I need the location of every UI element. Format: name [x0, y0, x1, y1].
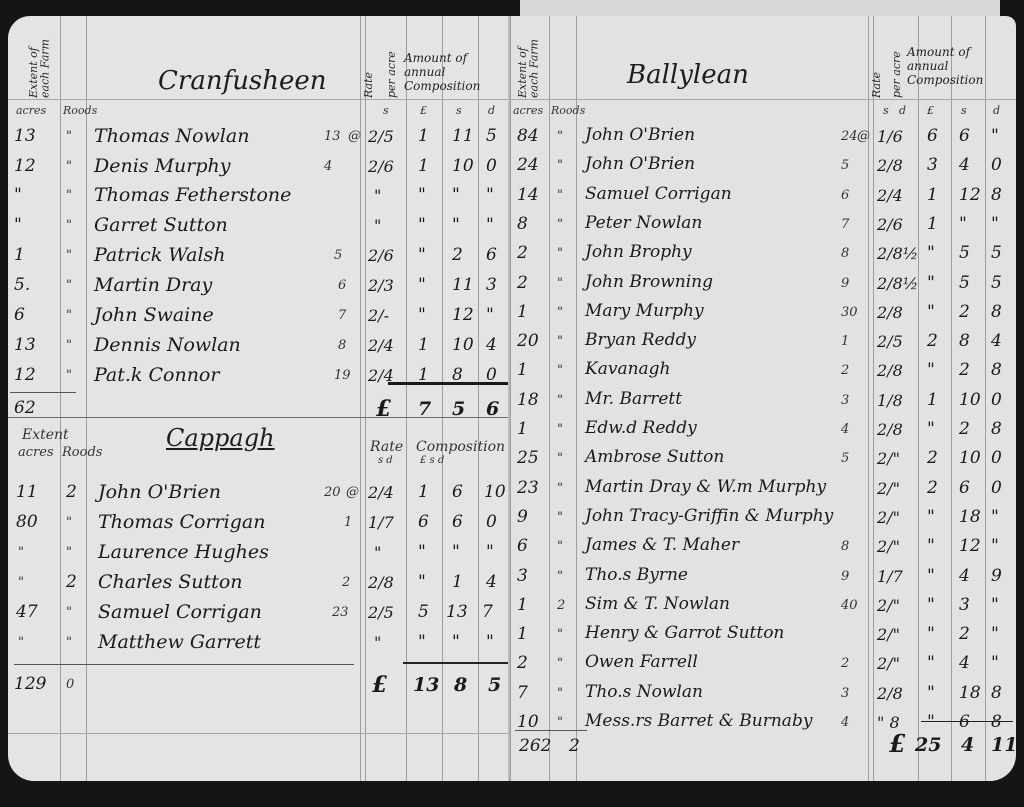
table-row: 25"Ambrose Sutton52/"2100 — [511, 446, 1016, 472]
roods-cell: " — [557, 452, 563, 465]
roods-cell: " — [557, 189, 563, 202]
townland-title: Cranfusheen — [158, 66, 327, 96]
rate-cell: 2/5 — [368, 605, 394, 621]
tenant-name: Peter Nowlan — [585, 215, 702, 232]
pounds-cell: " — [927, 655, 935, 672]
pence-cell: 0 — [991, 480, 1002, 497]
total-pounds: 7 — [418, 400, 431, 419]
ref-number: 2 — [342, 576, 350, 589]
roods-cell: " — [66, 279, 72, 292]
rate-cell: 2/6 — [877, 217, 903, 233]
rate-cell: 2/8 — [877, 422, 903, 438]
ref-number: 7 — [338, 309, 346, 322]
roods-cell: " — [557, 482, 563, 495]
rate-cell: 2/6 — [368, 159, 394, 175]
shillings-cell: " — [959, 216, 967, 233]
bottom-rule — [8, 733, 511, 734]
shillings-cell: 10 — [452, 337, 474, 354]
pence-cell: 5 — [991, 245, 1002, 262]
pence-cell: 8 — [991, 421, 1002, 438]
tenant-name: Owen Farrell — [585, 654, 698, 671]
acres-cell: 84 — [517, 128, 539, 145]
table-row: 1"Edw.d Reddy42/8"28 — [511, 417, 1016, 443]
pounds-cell: 6 — [418, 514, 429, 531]
table-row: 12Sim & T. Nowlan402/""3" — [511, 593, 1016, 619]
unit-d: d — [899, 104, 906, 117]
roods-cell: " — [66, 249, 72, 262]
rate-cell: 2/" — [877, 539, 900, 555]
acres-cell: " — [18, 636, 24, 649]
shillings-cell: 8 — [959, 333, 970, 350]
extent-header: Extent — [22, 428, 69, 442]
roods-cell: " — [557, 628, 563, 641]
ref-number: 3 — [841, 687, 849, 700]
unit-s: s — [456, 104, 462, 117]
table-row: 10"Mess.rs Barret & Burnaby4" 8"68 — [511, 710, 1016, 736]
shillings-cell: 2 — [959, 304, 970, 321]
rate-cell: 2/8 — [877, 158, 903, 174]
pounds-cell: 1 — [418, 337, 429, 354]
pounds-cell: 2 — [927, 333, 938, 350]
rate-header: Rate — [370, 440, 403, 454]
acres-cell: 20 — [517, 333, 539, 350]
rate-cell: 2/" — [877, 481, 900, 497]
tenant-name: Dennis Nowlan — [94, 336, 241, 355]
pence-cell: 0 — [991, 157, 1002, 174]
ref-number: 4 — [841, 716, 849, 729]
rate-cell: 2/8 — [877, 686, 903, 702]
table-row: 13 " Thomas Nowlan 13 @ 2/5 1 11 5 — [8, 124, 511, 150]
total-rule — [921, 721, 1013, 722]
roods-cell: " — [557, 159, 563, 172]
unit-pound: £ — [927, 104, 934, 117]
table-row: 1"Mary Murphy302/8"28 — [511, 300, 1016, 326]
ref-number: 13 — [324, 130, 341, 143]
pence-cell: 0 — [486, 158, 497, 175]
acres-cell: 7 — [517, 685, 528, 702]
tenant-name: John O'Brien — [585, 127, 695, 144]
shillings-cell: 1 — [452, 574, 463, 591]
table-row: 2"John Browning92/8½"55 — [511, 271, 1016, 297]
rate-cell: 2/- — [368, 308, 389, 324]
tenant-name: Thomas Fetherstone — [94, 186, 291, 205]
pounds-cell: " — [927, 509, 935, 526]
ref-number: 6 — [841, 189, 849, 202]
ref-number: 24 — [841, 130, 858, 143]
rate-cell: " — [374, 545, 381, 561]
rate-cell: 2/" — [877, 451, 900, 467]
table-row: 1"Kavanagh22/8"28 — [511, 358, 1016, 384]
shillings-cell: 2 — [452, 247, 463, 264]
roods-unit: Roods — [551, 104, 585, 117]
pounds-cell: " — [418, 307, 426, 324]
roods-cell: " — [66, 219, 72, 232]
roods-cell: " — [66, 309, 72, 322]
roods-cell: " — [557, 570, 563, 583]
roods-cell: " — [66, 369, 72, 382]
table-row: 1 " Patrick Walsh 5 2/6 " 2 6 — [8, 243, 511, 269]
tenant-name: Denis Murphy — [94, 157, 231, 176]
table-row: 84"John O'Brien24@1/666" — [511, 124, 1016, 150]
unit-s: s — [383, 104, 389, 117]
rate-cell: " — [374, 218, 381, 234]
table-row: 12 " Pat.k Connor 19 2/4 1 8 0 — [8, 363, 511, 389]
section1-total-acres: 62 — [14, 400, 36, 417]
shillings-cell: " — [452, 217, 460, 234]
pounds-cell: " — [927, 362, 935, 379]
roods-cell: " — [557, 423, 563, 436]
shillings-cell: " — [452, 187, 460, 204]
table-row: 5. " Martin Dray 6 2/3 " 11 3 — [8, 273, 511, 299]
rate-cell: 1/7 — [368, 515, 394, 531]
tenant-name: Tho.s Byrne — [585, 567, 688, 584]
at-sign: @ — [857, 130, 870, 143]
pence-cell: " — [991, 538, 999, 555]
acres-cell: 1 — [517, 304, 528, 321]
pounds-cell: " — [927, 538, 935, 555]
shillings-cell: 6 — [959, 480, 970, 497]
unit-s: s — [883, 104, 889, 117]
shillings-cell: 10 — [959, 392, 981, 409]
pence-cell: " — [991, 509, 999, 526]
ref-number: 40 — [841, 599, 858, 612]
shillings-cell: 2 — [959, 626, 970, 643]
tenant-name: Pat.k Connor — [94, 366, 219, 385]
tenant-name: Sim & T. Nowlan — [585, 596, 730, 613]
roods-cell: " — [557, 130, 563, 143]
total-roods: 2 — [569, 738, 580, 755]
table-row: 20"Bryan Reddy12/5284 — [511, 329, 1016, 355]
roods-header: Roods — [62, 446, 102, 459]
ref-number: 5 — [334, 249, 342, 262]
shillings-cell: 3 — [959, 597, 970, 614]
pounds-cell: 6 — [927, 128, 938, 145]
rate-header: Rate — [871, 48, 883, 98]
ref-number: 2 — [841, 657, 849, 670]
rate-cell: 2/6 — [368, 248, 394, 264]
rate-cell: 2/" — [877, 598, 900, 614]
roods-cell: " — [66, 130, 72, 143]
acres-cell: 12 — [14, 158, 36, 175]
pounds-cell: " — [927, 714, 935, 731]
tenant-name: Garret Sutton — [94, 216, 228, 235]
pence-cell: 4 — [486, 337, 497, 354]
rate-cell: 1/7 — [877, 569, 903, 585]
roods-cell: 2 — [557, 599, 565, 612]
tenant-name: Charles Sutton — [98, 573, 243, 592]
acres-cell: 2 — [517, 655, 528, 672]
pence-cell: " — [486, 187, 494, 204]
pounds-cell: 3 — [927, 157, 938, 174]
tenant-name: Ambrose Sutton — [585, 449, 724, 466]
shillings-cell: 5 — [959, 275, 970, 292]
roods-cell: " — [557, 687, 563, 700]
tenant-name: Edw.d Reddy — [585, 420, 697, 437]
acres-cell: 80 — [16, 514, 38, 531]
ref-number: 9 — [841, 570, 849, 583]
shillings-cell: 5 — [959, 245, 970, 262]
subtotal-rule — [10, 392, 76, 393]
shillings-cell: 2 — [959, 362, 970, 379]
table-row: " 2 Charles Sutton 2 2/8 " 1 4 — [8, 570, 511, 596]
pence-cell: " — [991, 626, 999, 643]
rate-cell: " — [374, 635, 381, 651]
roods-cell: " — [557, 306, 563, 319]
table-row: 47 " Samuel Corrigan 23 2/5 5 13 7 — [8, 600, 511, 626]
tenant-name: John Browning — [585, 274, 713, 291]
table-row: 3"Tho.s Byrne91/7"49 — [511, 564, 1016, 590]
roods-cell: " — [66, 189, 72, 202]
pounds-cell: " — [418, 544, 426, 561]
acres-cell: 24 — [517, 157, 539, 174]
tenant-name: Patrick Walsh — [94, 246, 226, 265]
acres-cell: 47 — [16, 604, 38, 621]
tenant-name: Bryan Reddy — [585, 332, 696, 349]
tenant-name: Martin Dray & W.m Murphy — [585, 479, 826, 496]
pound-sign: £ — [376, 398, 391, 420]
table-row: 2"John Brophy82/8½"55 — [511, 241, 1016, 267]
pound-sign: £ — [372, 674, 387, 696]
pence-cell: 6 — [486, 247, 497, 264]
roods-unit: Roods — [63, 104, 97, 117]
table-row: 18"Mr. Barrett31/81100 — [511, 388, 1016, 414]
pence-cell: 0 — [991, 450, 1002, 467]
pence-cell: " — [486, 307, 494, 324]
pounds-cell: " — [927, 275, 935, 292]
ref-number: 7 — [841, 218, 849, 231]
at-sign: @ — [348, 130, 361, 143]
pence-cell: 3 — [486, 277, 497, 294]
table-row: " " Laurence Hughes " " " " — [8, 540, 511, 566]
tenant-name: Mr. Barrett — [585, 391, 682, 408]
acres-cell: 8 — [517, 216, 528, 233]
pounds-cell: " — [418, 277, 426, 294]
acres-cell: 1 — [517, 421, 528, 438]
rate-cell: 2/8 — [368, 575, 394, 591]
pence-cell: 5 — [486, 128, 497, 145]
acres-cell: 18 — [517, 392, 539, 409]
acres-cell: 23 — [517, 480, 539, 497]
unit-d: d — [488, 104, 495, 117]
tenant-name: John Brophy — [585, 244, 692, 261]
acres-cell: 1 — [517, 597, 528, 614]
roods-cell: " — [557, 657, 563, 670]
pounds-cell: " — [927, 626, 935, 643]
pence-cell: 7 — [482, 604, 493, 621]
acres-cell: " — [18, 576, 24, 589]
acres-cell: 13 — [14, 128, 36, 145]
total-rule — [403, 662, 511, 664]
ref-number: 4 — [324, 160, 332, 173]
roods-cell: " — [66, 636, 72, 649]
pounds-cell: " — [927, 421, 935, 438]
rate-cell: " — [374, 188, 381, 204]
per-acre-header: per acre — [386, 38, 398, 98]
roods-cell: " — [66, 339, 72, 352]
shillings-cell: 12 — [959, 538, 981, 555]
roods-cell: " — [557, 218, 563, 231]
unit-pound: £ — [420, 104, 427, 117]
rate-cell: 2/4 — [368, 485, 394, 501]
tenant-name: John O'Brien — [585, 156, 695, 173]
pounds-cell: " — [418, 187, 426, 204]
pounds-cell: 1 — [927, 216, 938, 233]
acres-cell: 1 — [517, 626, 528, 643]
roods-cell: " — [557, 394, 563, 407]
roods-cell: " — [66, 546, 72, 559]
extent-header: Extent of each Farm — [517, 34, 540, 98]
pence-cell: " — [991, 597, 999, 614]
total-rule — [388, 382, 511, 385]
acres-cell: 25 — [517, 450, 539, 467]
tenant-name: Thomas Corrigan — [98, 513, 265, 532]
townland-title: Ballylean — [627, 60, 749, 90]
pence-cell: 8 — [991, 362, 1002, 379]
tenant-name: Laurence Hughes — [98, 543, 269, 562]
ref-number: 5 — [841, 159, 849, 172]
table-row: " " Garret Sutton " " " " — [8, 213, 511, 239]
total-pounds: 13 — [413, 676, 439, 695]
right-page: Extent of each Farm Ballylean Rate per a… — [511, 16, 1016, 781]
pounds-cell: " — [927, 685, 935, 702]
ref-number: 3 — [841, 394, 849, 407]
amount-header: Amount of annual Composition — [907, 46, 1015, 87]
rate-cell: 2/4 — [877, 188, 903, 204]
shillings-cell: 18 — [959, 509, 981, 526]
table-row: 12 " Denis Murphy 4 2/6 1 10 0 — [8, 154, 511, 180]
shillings-cell: 11 — [452, 277, 474, 294]
ref-number: 9 — [841, 277, 849, 290]
section-rule — [8, 417, 511, 418]
pence-cell: 0 — [991, 392, 1002, 409]
ref-number: 8 — [338, 339, 346, 352]
shillings-cell: " — [452, 634, 460, 651]
book-top-edge — [520, 0, 1000, 16]
ref-number: 8 — [841, 540, 849, 553]
tenant-name: Samuel Corrigan — [585, 186, 732, 203]
table-row: 2"Owen Farrell22/""4" — [511, 651, 1016, 677]
pounds-cell: 1 — [927, 187, 938, 204]
roods-cell: 2 — [66, 574, 77, 591]
rate-cell: 1/6 — [877, 129, 903, 145]
ref-number: 2 — [841, 364, 849, 377]
shillings-cell: 10 — [452, 158, 474, 175]
rate-header: Rate — [363, 48, 375, 98]
shillings-cell: 18 — [959, 685, 981, 702]
header-rule — [8, 99, 511, 100]
left-page: Extent of each Farm Cranfusheen Rate per… — [8, 16, 511, 781]
roods-cell: " — [557, 364, 563, 377]
pounds-cell: " — [418, 634, 426, 651]
ref-number: 8 — [841, 247, 849, 260]
tenant-name: John Swaine — [94, 306, 214, 325]
extent-header: Extent of each Farm — [28, 34, 51, 98]
acres-cell: 1 — [517, 362, 528, 379]
roods-cell: " — [66, 160, 72, 173]
roods-cell: " — [557, 511, 563, 524]
acres-cell: 2 — [517, 275, 528, 292]
pence-cell: 10 — [484, 484, 506, 501]
section2-total-roods: 0 — [66, 678, 74, 691]
shillings-cell: " — [452, 544, 460, 561]
shillings-cell: 4 — [959, 568, 970, 585]
table-row: 14"Samuel Corrigan62/41128 — [511, 183, 1016, 209]
table-row: " " Matthew Garrett " " " " — [8, 630, 511, 656]
pence-cell: 5 — [991, 275, 1002, 292]
ref-number: 5 — [841, 452, 849, 465]
ref-number: 20 — [324, 486, 341, 499]
acres-cell: 10 — [517, 714, 539, 731]
pence-cell: 4 — [486, 574, 497, 591]
table-row: 24"John O'Brien52/8340 — [511, 153, 1016, 179]
acres-cell: 12 — [14, 367, 36, 384]
acres-cell: 1 — [14, 247, 25, 264]
unit-s: s — [961, 104, 967, 117]
shillings-cell: 4 — [959, 157, 970, 174]
acres-unit: acres — [513, 104, 543, 117]
tenant-name: James & T. Maher — [585, 537, 739, 554]
pence-cell: " — [991, 655, 999, 672]
roods-cell: " — [557, 335, 563, 348]
pence-cell: 0 — [486, 514, 497, 531]
table-row: 6"James & T. Maher82/""12" — [511, 534, 1016, 560]
rate-cell: 2/8½ — [877, 276, 918, 292]
header-rule — [511, 99, 1016, 100]
pence-cell: " — [991, 128, 999, 145]
rate-cell: 2/" — [877, 510, 900, 526]
composition-header: Composition — [416, 440, 505, 454]
pence-cell: 8 — [991, 187, 1002, 204]
table-row: 23"Martin Dray & W.m Murphy2/"260 — [511, 476, 1016, 502]
tenant-name: Mary Murphy — [585, 303, 704, 320]
subtotal-rule — [14, 664, 354, 665]
pounds-cell: 2 — [927, 450, 938, 467]
pence-cell: " — [486, 217, 494, 234]
tenant-name: Kavanagh — [585, 361, 671, 378]
rate-cell: 2/5 — [877, 334, 903, 350]
total-pence: 11 — [991, 736, 1016, 755]
acres-cell: 13 — [14, 337, 36, 354]
shillings-cell: 10 — [959, 450, 981, 467]
rate-cell: 2/8½ — [877, 246, 918, 262]
shillings-cell: 4 — [959, 655, 970, 672]
acres-cell: 6 — [517, 538, 528, 555]
ref-number: 6 — [338, 279, 346, 292]
pounds-cell: " — [927, 245, 935, 262]
shillings-cell: 6 — [959, 714, 970, 731]
at-sign: @ — [346, 486, 359, 499]
shillings-cell: 11 — [452, 128, 474, 145]
ref-number: 1 — [344, 516, 352, 529]
shillings-cell: 2 — [959, 421, 970, 438]
pounds-cell: 1 — [418, 158, 429, 175]
total-shillings: 8 — [454, 676, 467, 695]
shillings-cell: 12 — [959, 187, 981, 204]
per-acre-header: per acre — [891, 34, 903, 98]
acres-header: acres — [18, 446, 54, 459]
shillings-cell: 6 — [452, 484, 463, 501]
table-row: 1"Henry & Garrot Sutton2/""2" — [511, 622, 1016, 648]
table-row: 80 " Thomas Corrigan 1 1/7 6 6 0 — [8, 510, 511, 536]
acres-cell: 11 — [16, 484, 38, 501]
acres-cell: 2 — [517, 245, 528, 262]
roods-cell: " — [66, 516, 72, 529]
tenant-name: Samuel Corrigan — [98, 603, 262, 622]
roods-cell: " — [557, 277, 563, 290]
pounds-cell: " — [418, 217, 426, 234]
subtotal-rule — [515, 730, 587, 731]
tenant-name: Matthew Garrett — [98, 633, 261, 652]
